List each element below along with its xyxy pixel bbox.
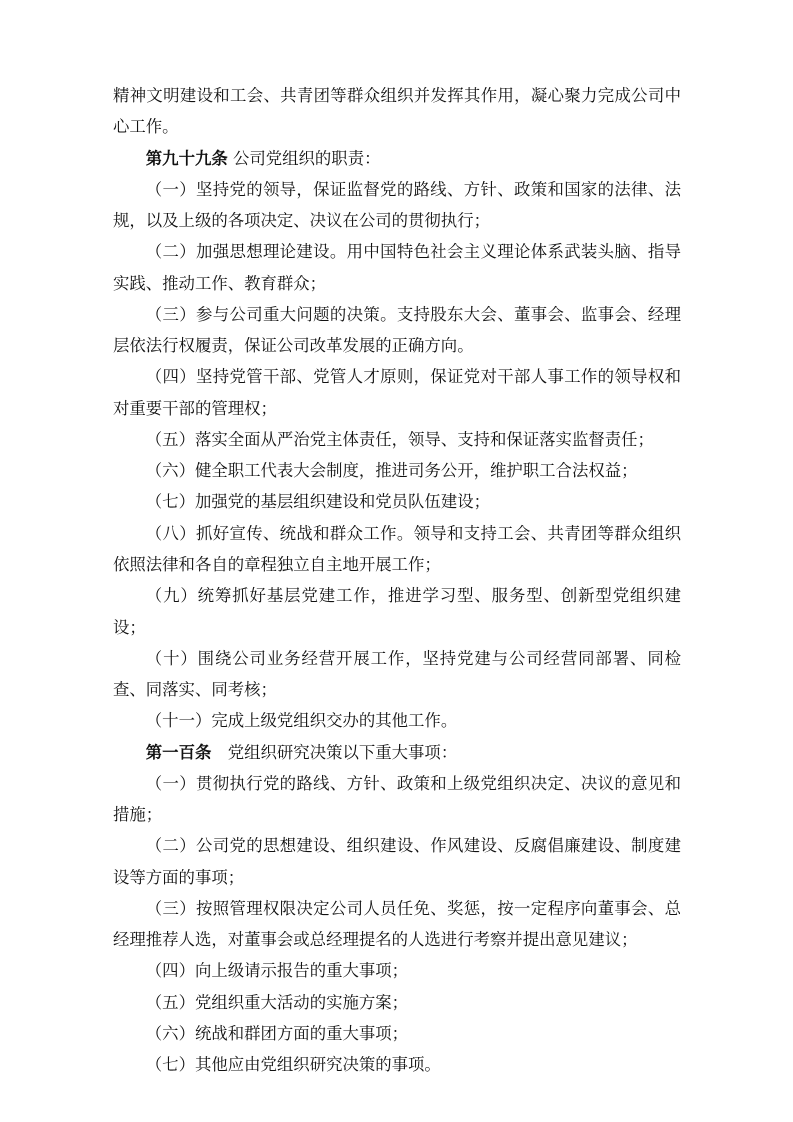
article-99-item: （七）加强党的基层组织建设和党员队伍建设； bbox=[113, 486, 681, 517]
article-99-item: （二）加强思想理论建设。用中国特色社会主义理论体系武装头脑、指导实践、推动工作、… bbox=[113, 236, 681, 299]
article-99-item: （六）健全职工代表大会制度，推进司务公开，维护职工合法权益； bbox=[113, 455, 681, 486]
document-page: 精神文明建设和工会、共青团等群众组织并发挥其作用，凝心聚力完成公司中心工作。 第… bbox=[113, 80, 681, 1081]
article-100-heading: 第一百条 党组织研究决策以下重大事项： bbox=[113, 737, 681, 768]
article-100-item: （四）向上级请示报告的重大事项； bbox=[113, 955, 681, 986]
article-100-item: （五）党组织重大活动的实施方案； bbox=[113, 987, 681, 1018]
article-100-item: （一）贯彻执行党的路线、方针、政策和上级党组织决定、决议的意见和措施； bbox=[113, 768, 681, 831]
article-title: 公司党组织的职责： bbox=[228, 149, 381, 168]
article-99-item: （五）落实全面从严治党主体责任，领导、支持和保证落实监督责任； bbox=[113, 424, 681, 455]
continuation-paragraph: 精神文明建设和工会、共青团等群众组织并发挥其作用，凝心聚力完成公司中心工作。 bbox=[113, 80, 681, 143]
article-99-item: （三）参与公司重大问题的决策。支持股东大会、董事会、监事会、经理层依法行权履责，… bbox=[113, 299, 681, 362]
article-99-heading: 第九十九条 公司党组织的职责： bbox=[113, 143, 681, 174]
article-99-item: （四）坚持党管干部、党管人才原则，保证党对干部人事工作的领导权和对重要干部的管理… bbox=[113, 361, 681, 424]
article-99-item: （一）坚持党的领导，保证监督党的路线、方针、政策和国家的法律、法规，以及上级的各… bbox=[113, 174, 681, 237]
article-title: 党组织研究决策以下重大事项： bbox=[211, 743, 457, 762]
article-99-item: （十一）完成上级党组织交办的其他工作。 bbox=[113, 705, 681, 736]
article-number: 第九十九条 bbox=[146, 149, 228, 168]
article-100-item: （六）统战和群团方面的重大事项； bbox=[113, 1018, 681, 1049]
article-99-item: （八）抓好宣传、统战和群众工作。领导和支持工会、共青团等群众组织依照法律和各自的… bbox=[113, 518, 681, 581]
article-100-item: （二）公司党的思想建设、组织建设、作风建设、反腐倡廉建设、制度建设等方面的事项； bbox=[113, 830, 681, 893]
article-99-item: （九）统筹抓好基层党建工作，推进学习型、服务型、创新型党组织建设； bbox=[113, 580, 681, 643]
article-99-item: （十）围绕公司业务经营开展工作，坚持党建与公司经营同部署、同检查、同落实、同考核… bbox=[113, 643, 681, 706]
article-number: 第一百条 bbox=[146, 743, 212, 762]
article-100-item: （七）其他应由党组织研究决策的事项。 bbox=[113, 1049, 681, 1080]
article-100-item: （三）按照管理权限决定公司人员任免、奖惩，按一定程序向董事会、总经理推荐人选，对… bbox=[113, 893, 681, 956]
